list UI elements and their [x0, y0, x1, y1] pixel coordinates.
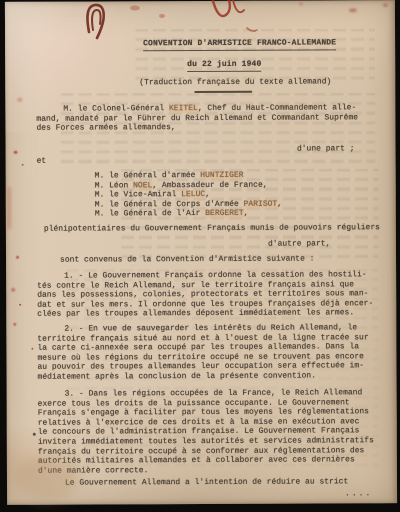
ink-dot	[33, 433, 36, 436]
autre-part-line: d'autre part,	[268, 239, 330, 249]
signatory-row: M. le Général de Corps d'Armée PARISOT,	[95, 199, 282, 209]
stain-speck	[383, 3, 388, 7]
article-1: 1. - Le Gouvernement Français ordonne la…	[37, 270, 373, 319]
closing-line: Le Gouvernement Allemand a l'intention d…	[38, 477, 348, 488]
signatory-row: M. Léon NOEL, Ambassadeur de France,	[95, 180, 282, 190]
agreement-line: sont convenus de la Convention d'Armisti…	[60, 255, 314, 266]
stain-speck	[17, 98, 22, 102]
name-parisot: PARISOT	[244, 199, 278, 208]
document-subtitle: (Traduction française du texte allemand)	[139, 77, 331, 87]
name-leluc: LELUC	[181, 190, 205, 199]
bleedthrough-text	[135, 29, 375, 81]
stain-speck	[11, 288, 15, 292]
et-line: et	[37, 157, 47, 167]
name-huntziger: HUNTZIGER	[200, 171, 243, 180]
continuation-dots: ....	[345, 489, 372, 499]
document-date: du 22 juin 1940	[187, 60, 261, 70]
stain-speck	[299, 3, 303, 6]
document-title: CONVENTION D'ARMISTICE FRANCO-ALLEMANDE	[143, 38, 336, 48]
stain-speck	[13, 323, 16, 326]
name-noel: NOEL	[133, 181, 152, 190]
document-page: CONVENTION D'ARMISTICE FRANCO-ALLEMANDE …	[5, 0, 397, 505]
signatory-list: M. le Général d'armée HUNTZIGER M. Léon …	[95, 171, 282, 220]
stain-speck	[16, 256, 19, 259]
stain-speck	[14, 151, 18, 154]
name-keitel: KEITEL	[169, 104, 198, 113]
paragraph-keitel: M. le Colonel-Général KEITEL, Chef du Ha…	[36, 103, 372, 133]
scanned-document: CONVENTION D'ARMISTICE FRANCO-ALLEMANDE …	[0, 0, 400, 512]
separator-rule	[194, 91, 252, 93]
stain-speck	[349, 8, 357, 12]
stain-streak	[8, 187, 11, 229]
article-2: 2. - En vue de sauvegarder les intérêts …	[37, 323, 369, 382]
stain-blot	[17, 457, 79, 501]
signatory-row: M. le Général de l'Air BERGERET,	[95, 209, 282, 219]
plenipotentiaries-line: plénipotentiaires du Gouvernement França…	[44, 223, 380, 234]
stain-speck	[19, 304, 21, 306]
article-3: 3. - Dans les régions occupées de la Fra…	[38, 388, 374, 476]
stain-speck	[22, 164, 24, 166]
stain-speck	[31, 348, 33, 350]
name-bergeret: BERGERET	[205, 209, 243, 218]
une-part-line: d'une part ;	[37, 144, 355, 155]
